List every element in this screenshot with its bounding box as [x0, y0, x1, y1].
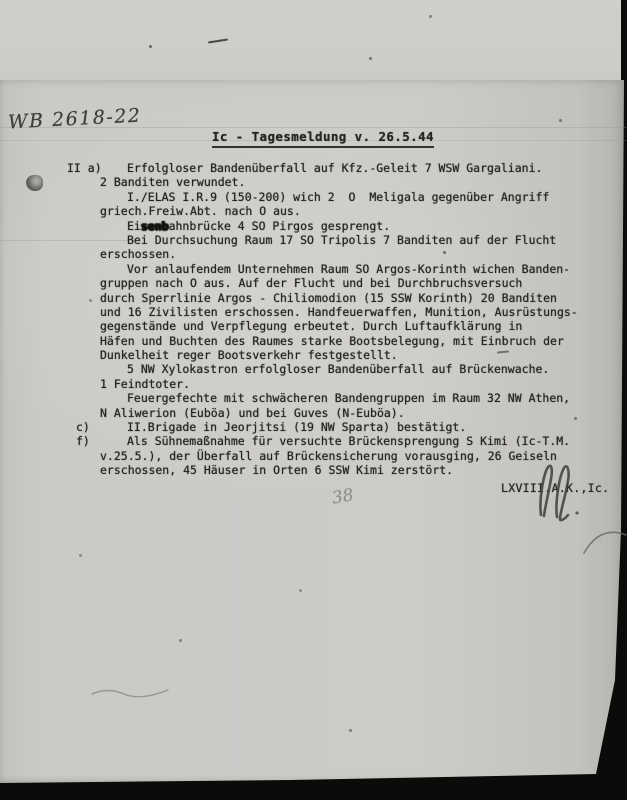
line-text: griech.Freiw.Abt. nach O aus.: [100, 204, 301, 218]
handwritten-initials: [531, 463, 583, 523]
report-line: griech.Freiw.Abt. nach O aus.: [100, 204, 605, 218]
pencil-arc-mark: [582, 529, 627, 557]
line-text: 5 NW Xylokastron erfolgloser Bandenüberf…: [127, 362, 549, 376]
line-text: II.Brigade in Jeorjitsi (19 NW Sparta) b…: [127, 420, 466, 434]
line-text: v.25.5.), der Überfall auf Brückensicher…: [100, 449, 557, 463]
line-text: I./ELAS I.R.9 (150-200) wich 2 O Meligal…: [127, 190, 549, 204]
report-body: II a)Erfolgloser Bandenüberfall auf Kfz.…: [100, 161, 605, 478]
report-line: und 16 Zivilisten erschossen. Handfeuerw…: [100, 305, 605, 319]
report-line: erschossen.: [100, 247, 605, 261]
line-text: 2 Banditen verwundet.: [100, 175, 245, 189]
line-text: Feuergefechte mit schwächeren Bandengrup…: [127, 391, 570, 405]
paper-specks: [0, 0, 1, 1]
line-marker: c): [76, 420, 90, 434]
report-line: erschossen, 45 Häuser in Orten 6 SSW Kim…: [100, 463, 605, 477]
report-line: v.25.5.), der Überfall auf Brückensicher…: [100, 449, 605, 463]
line-text: durch Sperrlinie Argos - Chiliomodion (1…: [100, 291, 557, 305]
report-line: N Aliwerion (Euböa) und bei Guves (N-Eub…: [100, 406, 605, 420]
report-line: Vor anlaufendem Unternehmen Raum SO Argo…: [100, 262, 605, 276]
report-line: Dunkelheit reger Bootsverkehr festgestel…: [100, 348, 605, 362]
line-text: Dunkelheit reger Bootsverkehr festgestel…: [100, 348, 398, 362]
report-line: 2 Banditen verwundet.: [100, 175, 605, 189]
line-text: und 16 Zivilisten erschossen. Handfeuerw…: [100, 305, 578, 319]
document-scan: WB 2618-22 Ic - Tagesmeldung v. 26.5.44 …: [0, 0, 627, 800]
report-line: gegenstände und Verpflegung erbeutet. Du…: [100, 319, 605, 333]
line-text: Erfolgloser Bandenüberfall auf Kfz.-Gele…: [127, 161, 542, 175]
report-line: Bei Durchsuchung Raum 17 SO Tripolis 7 B…: [100, 233, 605, 247]
report-line: II a)Erfolgloser Bandenüberfall auf Kfz.…: [100, 161, 605, 175]
report-line: 5 NW Xylokastron erfolgloser Bandenüberf…: [100, 362, 605, 376]
line-text: Eisenbahnbrücke 4 SO Pirgos gesprengt.: [127, 219, 390, 233]
line-text: 1 Feindtoter.: [100, 377, 190, 391]
line-text: Vor anlaufendem Unternehmen Raum SO Argo…: [127, 262, 570, 276]
report-line: durch Sperrlinie Argos - Chiliomodion (1…: [100, 291, 605, 305]
line-text: gegenstände und Verpflegung erbeutet. Du…: [100, 319, 522, 333]
line-text: N Aliwerion (Euböa) und bei Guves (N-Eub…: [100, 406, 405, 420]
line-text: erschossen.: [100, 247, 176, 261]
report-line: gruppen nach O aus. Auf der Flucht und b…: [100, 276, 605, 290]
pencil-smudge-mark: [90, 684, 170, 700]
line-text: Bei Durchsuchung Raum 17 SO Tripolis 7 B…: [127, 233, 556, 247]
report-line: 1 Feindtoter.: [100, 377, 605, 391]
handwritten-page-number: 38: [330, 485, 355, 508]
ink-blob-mark: [26, 175, 43, 191]
report-title: Ic - Tagesmeldung v. 26.5.44: [212, 129, 434, 148]
line-marker: II a): [67, 161, 102, 175]
line-marker: f): [76, 434, 90, 448]
line-text: Häfen und Buchten des Raumes starke Boot…: [100, 334, 564, 348]
report-line: Häfen und Buchten des Raumes starke Boot…: [100, 334, 605, 348]
line-text: erschossen, 45 Häuser in Orten 6 SSW Kim…: [100, 463, 453, 477]
report-line: f)Als Sühnemaßnahme für versuchte Brücke…: [100, 434, 605, 448]
line-text: Als Sühnemaßnahme für versuchte Brückens…: [127, 434, 570, 448]
report-line: I./ELAS I.R.9 (150-200) wich 2 O Meligal…: [100, 190, 605, 204]
line-text: gruppen nach O aus. Auf der Flucht und b…: [100, 276, 522, 290]
overlapping-sheet: [0, 0, 621, 94]
report-line: Eisenbahnbrücke 4 SO Pirgos gesprengt.: [100, 219, 605, 233]
report-line: Feuergefechte mit schwächeren Bandengrup…: [100, 391, 605, 405]
report-line: c)II.Brigade in Jeorjitsi (19 NW Sparta)…: [100, 420, 605, 434]
